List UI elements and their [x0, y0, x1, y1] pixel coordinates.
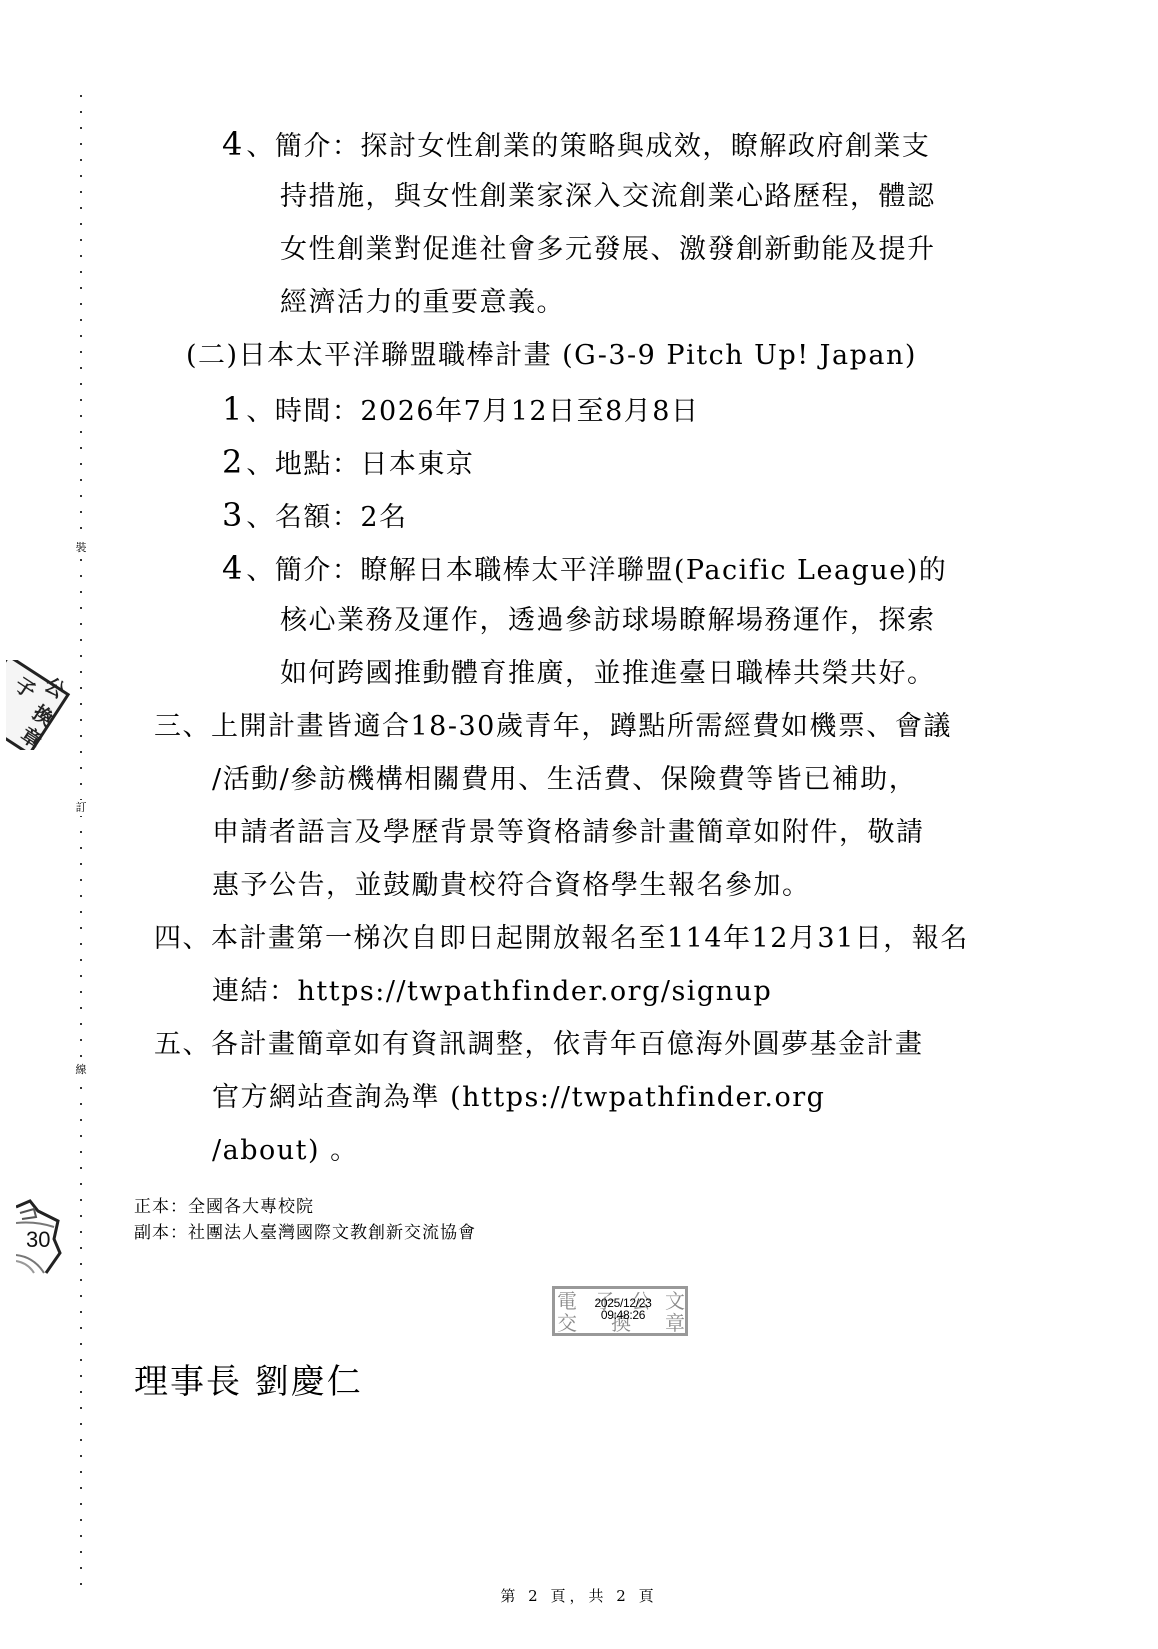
- stamp-char: 章: [665, 1313, 685, 1333]
- item-number: 3: [222, 496, 242, 534]
- item-separator: 、: [246, 449, 275, 480]
- item-line: 4、簡介：探討女性創業的策略與成效，瞭解政府創業支: [222, 126, 930, 165]
- item-summary: 簡介：瞭解日本職棒太平洋聯盟(Pacific League)的: [275, 555, 947, 586]
- stamp-char: 電: [557, 1291, 577, 1311]
- item-line: 持措施，與女性創業家深入交流創業心路歷程，體認: [280, 179, 936, 215]
- about-link-line[interactable]: 官方網站查詢為準 (https://twpathfinder.org: [212, 1080, 825, 1116]
- signature: 理事長 劉慶仁: [134, 1362, 363, 1402]
- item-line: 女性創業對促進社會多元發展、激發創新動能及提升: [280, 232, 936, 268]
- point-line: /活動/參訪機構相關費用、生活費、保險費等皆已補助，: [212, 762, 917, 798]
- binding-label-ding: 訂: [73, 800, 89, 816]
- point-line: 申請者語言及學歷背景等資格請參計畫簡章如附件，敬請: [212, 815, 925, 851]
- item-number: 4: [222, 125, 242, 163]
- item-line: 核心業務及運作，透過參訪球場瞭解場務運作，探索: [280, 603, 936, 639]
- point-line: 五、各計畫簡章如有資訊調整，依青年百億海外圓夢基金計畫: [154, 1027, 924, 1063]
- stamp-time: 09:48:26: [583, 1309, 663, 1321]
- binding-label-zhuang: 裝: [73, 540, 89, 556]
- signup-link-line[interactable]: 連結：https://twpathfinder.org/signup: [212, 974, 772, 1010]
- page-footer: 第 2 頁，共 2 頁: [0, 1585, 1158, 1606]
- page-seal-stamp: 30: [16, 1195, 66, 1275]
- stamp-char: 交: [557, 1313, 577, 1333]
- point-line: 三、上開計畫皆適合18-30歲青年，蹲點所需經費如機票、會議: [154, 709, 952, 745]
- item-line: 1、時間：2026年7月12日至8月8日: [222, 391, 699, 430]
- copy-recipient: 副本：社團法人臺灣國際文教創新交流協會: [134, 1222, 476, 1244]
- binding-label-xian: 線: [73, 1062, 89, 1078]
- stamp-datetime: 2025/12/23 09:48:26: [583, 1297, 663, 1321]
- original-recipient: 正本：全國各大專校院: [134, 1196, 314, 1218]
- point-line: 惠予公告，並鼓勵貴校符合資格學生報名參加。: [212, 868, 811, 904]
- point-line: 四、本計畫第一梯次自即日起開放報名至114年12月31日，報名: [154, 921, 969, 957]
- item-line: 經濟活力的重要意義。: [280, 285, 565, 321]
- e-document-exchange-stamp: 電 子 公 文 交 換 章 2025/12/23 09:48:26: [552, 1286, 688, 1336]
- seal-number: 30: [26, 1227, 50, 1253]
- about-link-line-end[interactable]: /about) 。: [212, 1133, 359, 1169]
- item-line: 4、簡介：瞭解日本職棒太平洋聯盟(Pacific League)的: [222, 550, 947, 589]
- item-number: 4: [222, 549, 242, 587]
- item-separator: 、: [246, 502, 275, 533]
- binding-line: 裝 訂 線: [78, 88, 84, 1588]
- item-number: 1: [222, 390, 242, 428]
- item-quota: 名額：2名: [275, 502, 408, 533]
- partial-exchange-stamp: 子 公 換 章: [6, 660, 76, 750]
- item-separator: 、: [246, 396, 275, 427]
- section-heading: (二)日本太平洋聯盟職棒計畫 (G-3-9 Pitch Up! Japan): [186, 338, 917, 374]
- item-separator: 、: [246, 555, 275, 586]
- item-number: 2: [222, 443, 242, 481]
- stamp-char: 文: [665, 1291, 685, 1311]
- item-separator: 、: [246, 131, 275, 162]
- item-line: 3、名額：2名: [222, 497, 408, 536]
- item-location: 地點：日本東京: [275, 449, 475, 480]
- item-text: 簡介：探討女性創業的策略與成效，瞭解政府創業支: [275, 131, 931, 162]
- item-time: 時間：2026年7月12日至8月8日: [275, 396, 700, 427]
- binding-dotted-line: [80, 88, 82, 1588]
- item-line: 如何跨國推動體育推廣，並推進臺日職棒共榮共好。: [280, 656, 936, 692]
- item-line: 2、地點：日本東京: [222, 444, 474, 483]
